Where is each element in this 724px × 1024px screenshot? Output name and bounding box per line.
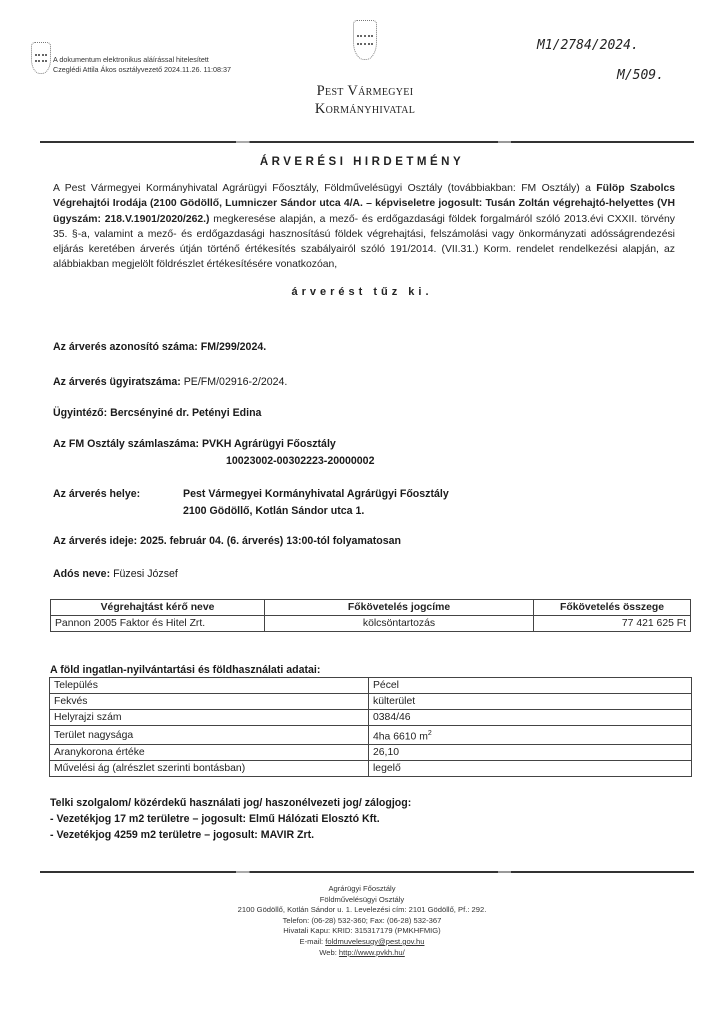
case-number-value: PE/FM/02916-2/2024. bbox=[184, 376, 288, 388]
header-divider bbox=[40, 141, 694, 143]
handwritten-sub-number: M/509. bbox=[617, 68, 664, 83]
footer-krid: Hivatali Kapu: KRID: 315317179 (PMKHFMIG… bbox=[0, 926, 724, 937]
document-title: ÁRVERÉSI HIRDETMÉNY bbox=[0, 156, 724, 168]
announcement: árverést tűz ki. bbox=[0, 286, 724, 298]
footer-phone: Telefon: (06-28) 532-360; Fax: (06-28) 5… bbox=[0, 916, 724, 927]
footer-dept: Agrárügyi Főosztály bbox=[0, 884, 724, 895]
land-heading: A föld ingatlan-nyilvántartási és földha… bbox=[50, 664, 320, 676]
footer-email: E-mail: foldmuvelesugy@pest.gov.hu bbox=[0, 937, 724, 948]
auction-id-value: FM/299/2024. bbox=[201, 341, 266, 353]
land-label: Aranykorona értéke bbox=[50, 745, 369, 761]
email-label: E-mail: bbox=[300, 937, 326, 946]
creditor-name: Pannon 2005 Faktor és Hitel Zrt. bbox=[51, 616, 265, 632]
web-link[interactable]: http://www.pvkh.hu/ bbox=[339, 948, 405, 957]
footer: Agrárügyi Főosztály Földművelésügyi Oszt… bbox=[0, 884, 724, 958]
table-row: Aranykorona értéke26,10 bbox=[50, 745, 692, 761]
footer-unit: Földművelésügyi Osztály bbox=[0, 895, 724, 906]
land-label: Település bbox=[50, 678, 369, 694]
office-name: Pest Vármegyei Kormányhivatal bbox=[290, 82, 440, 118]
table-row: TelepülésPécel bbox=[50, 678, 692, 694]
claim-amount: 77 421 625 Ft bbox=[534, 616, 691, 632]
land-value: külterület bbox=[369, 694, 692, 710]
land-table: TelepülésPécel Fekvéskülterület Helyrajz… bbox=[49, 677, 692, 777]
table-row: Helyrajzi szám0384/46 bbox=[50, 710, 692, 726]
footer-address: 2100 Gödöllő, Kotlán Sándor u. 1. Levele… bbox=[0, 905, 724, 916]
case-number-label: Az árverés ügyiratszáma: bbox=[53, 376, 181, 388]
intro-part-1: A Pest Vármegyei Kormányhivatal Agrárügy… bbox=[53, 183, 591, 194]
place-line-1: Pest Vármegyei Kormányhivatal Agrárügyi … bbox=[183, 488, 449, 500]
land-label: Művelési ág (alrészlet szerinti bontásba… bbox=[50, 761, 369, 777]
debtor-label: Adós neve: bbox=[53, 568, 110, 580]
land-value: Pécel bbox=[369, 678, 692, 694]
time-value: 2025. február 04. (6. árverés) 13:00-tól… bbox=[140, 535, 401, 547]
place-label: Az árverés helye: bbox=[53, 488, 140, 500]
coat-of-arms-icon bbox=[31, 42, 51, 74]
auction-id: Az árverés azonosító száma: FM/299/2024. bbox=[53, 341, 266, 353]
place-line-2: 2100 Gödöllő, Kotlán Sándor utca 1. bbox=[183, 505, 364, 517]
debtor-value: Füzesi József bbox=[113, 568, 178, 580]
auction-id-label: Az árverés azonosító száma: bbox=[53, 341, 198, 353]
intro-paragraph: A Pest Vármegyei Kormányhivatal Agrárügy… bbox=[53, 181, 675, 273]
easement-item: - Vezetékjog 4259 m2 területre – jogosul… bbox=[50, 827, 411, 843]
land-value: 0384/46 bbox=[369, 710, 692, 726]
account-name: PVKH Agrárügyi Főosztály bbox=[202, 438, 336, 450]
header-claim-title: Főkövetelés jogcíme bbox=[265, 600, 534, 616]
land-label: Fekvés bbox=[50, 694, 369, 710]
easements: Telki szolgalom/ közérdekű használati jo… bbox=[50, 795, 411, 843]
land-label: Helyrajzi szám bbox=[50, 710, 369, 726]
footer-web: Web: http://www.pvkh.hu/ bbox=[0, 948, 724, 959]
land-value: 4ha 6610 m2 bbox=[369, 726, 692, 745]
easement-item: - Vezetékjog 17 m2 területre – jogosult:… bbox=[50, 811, 411, 827]
handwritten-reg-number: M1/2784/2024. bbox=[537, 38, 639, 53]
account: Az FM Osztály számlaszáma: PVKH Agrárügy… bbox=[53, 438, 336, 450]
land-label: Terület nagysága bbox=[50, 726, 369, 745]
coat-of-arms-icon bbox=[353, 20, 377, 60]
electronic-signature: A dokumentum elektronikus aláírással hit… bbox=[53, 55, 231, 75]
header-creditor: Végrehajtást kérő neve bbox=[51, 600, 265, 616]
office-name-line-1: Pest Vármegyei bbox=[290, 82, 440, 100]
web-label: Web: bbox=[319, 948, 339, 957]
email-link[interactable]: foldmuvelesugy@pest.gov.hu bbox=[325, 937, 424, 946]
auction-time: Az árverés ideje: 2025. február 04. (6. … bbox=[53, 535, 401, 547]
area-superscript: 2 bbox=[428, 730, 432, 737]
case-number: Az árverés ügyiratszáma: PE/FM/02916-2/2… bbox=[53, 376, 287, 388]
account-number: 10023002-00302223-20000002 bbox=[226, 455, 374, 467]
easements-heading: Telki szolgalom/ közérdekű használati jo… bbox=[50, 795, 411, 811]
signature-line-2: Czeglédi Attila Ákos osztályvezető 2024.… bbox=[53, 65, 231, 75]
officer: Ügyintéző: Bercsényiné dr. Petényi Edina bbox=[53, 407, 261, 419]
land-value: legelő bbox=[369, 761, 692, 777]
account-label: Az FM Osztály számlaszáma: bbox=[53, 438, 199, 450]
table-row: Művelési ág (alrészlet szerinti bontásba… bbox=[50, 761, 692, 777]
claim-title: kölcsöntartozás bbox=[265, 616, 534, 632]
time-label: Az árverés ideje: bbox=[53, 535, 137, 547]
land-value: 26,10 bbox=[369, 745, 692, 761]
officer-value: Bercsényiné dr. Petényi Edina bbox=[110, 407, 261, 419]
office-name-line-2: Kormányhivatal bbox=[290, 100, 440, 118]
claim-table: Végrehajtást kérő neve Főkövetelés jogcí… bbox=[50, 599, 691, 632]
claim-table-header: Végrehajtást kérő neve Főkövetelés jogcí… bbox=[51, 600, 691, 616]
table-row: Fekvéskülterület bbox=[50, 694, 692, 710]
area-value: 4ha 6610 m bbox=[373, 731, 428, 742]
table-row: Terület nagysága4ha 6610 m2 bbox=[50, 726, 692, 745]
footer-divider bbox=[40, 871, 694, 873]
debtor: Adós neve: Füzesi József bbox=[53, 568, 178, 580]
table-row: Pannon 2005 Faktor és Hitel Zrt. kölcsön… bbox=[51, 616, 691, 632]
officer-label: Ügyintéző: bbox=[53, 407, 107, 419]
signature-line-1: A dokumentum elektronikus aláírással hit… bbox=[53, 55, 231, 65]
header-claim-amount: Főkövetelés összege bbox=[534, 600, 691, 616]
